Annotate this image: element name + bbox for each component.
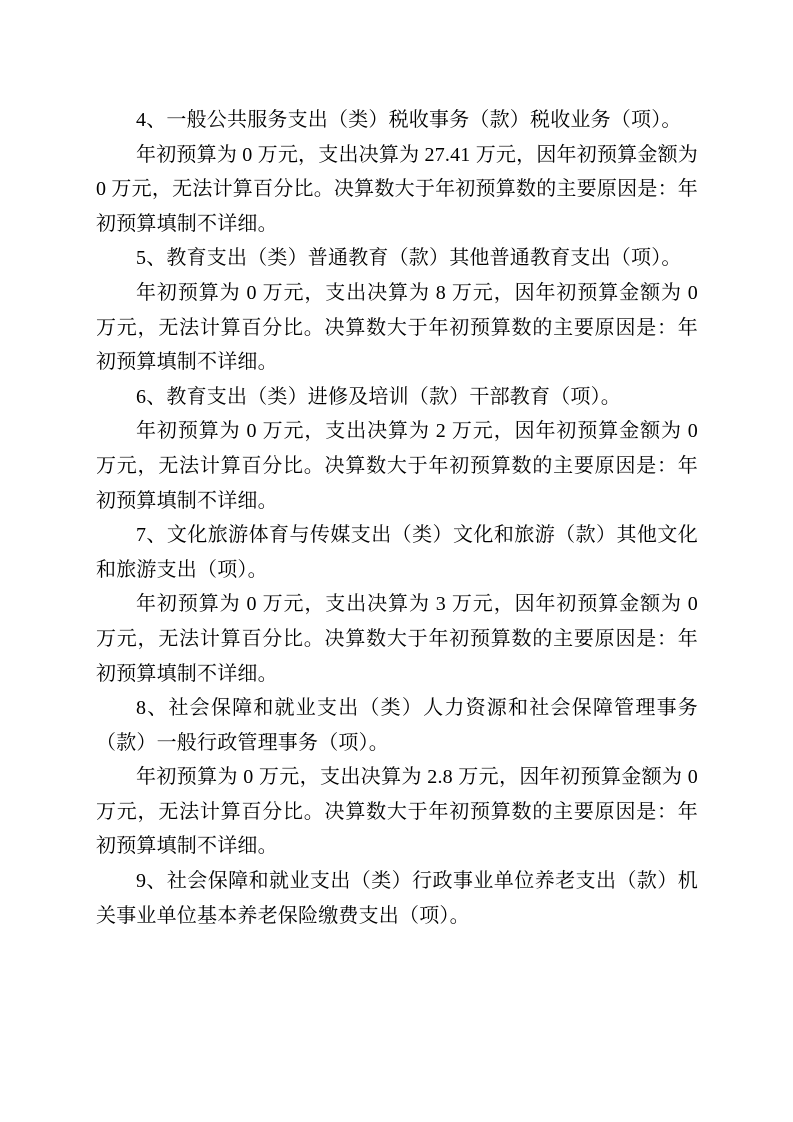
section-8-body: 年初预算为 0 万元，支出决算为 2.8 万元，因年初预算金额为 0 万元，无法… (96, 760, 698, 864)
document-page: 4、一般公共服务支出（类）税收事务（款）税收业务（项）。 年初预算为 0 万元，… (0, 0, 793, 1122)
section-6-heading: 6、教育支出（类）进修及培训（款）干部教育（项）。 (96, 380, 698, 415)
section-7-body: 年初预算为 0 万元，支出决算为 3 万元，因年初预算金额为 0 万元，无法计算… (96, 587, 698, 691)
section-5-body: 年初预算为 0 万元，支出决算为 8 万元，因年初预算金额为 0 万元，无法计算… (96, 276, 698, 380)
section-5-heading: 5、教育支出（类）普通教育（款）其他普通教育支出（项）。 (96, 241, 698, 276)
section-8-heading: 8、社会保障和就业支出（类）人力资源和社会保障管理事务（款）一般行政管理事务（项… (96, 691, 698, 760)
section-4-heading: 4、一般公共服务支出（类）税收事务（款）税收业务（项）。 (96, 103, 698, 138)
section-7-heading: 7、文化旅游体育与传媒支出（类）文化和旅游（款）其他文化和旅游支出（项）。 (96, 518, 698, 587)
section-6-body: 年初预算为 0 万元，支出决算为 2 万元，因年初预算金额为 0 万元，无法计算… (96, 414, 698, 518)
section-9-heading: 9、社会保障和就业支出（类）行政事业单位养老支出（款）机关事业单位基本养老保险缴… (96, 864, 698, 933)
section-4-body: 年初预算为 0 万元，支出决算为 27.41 万元，因年初预算金额为 0 万元，… (96, 138, 698, 242)
